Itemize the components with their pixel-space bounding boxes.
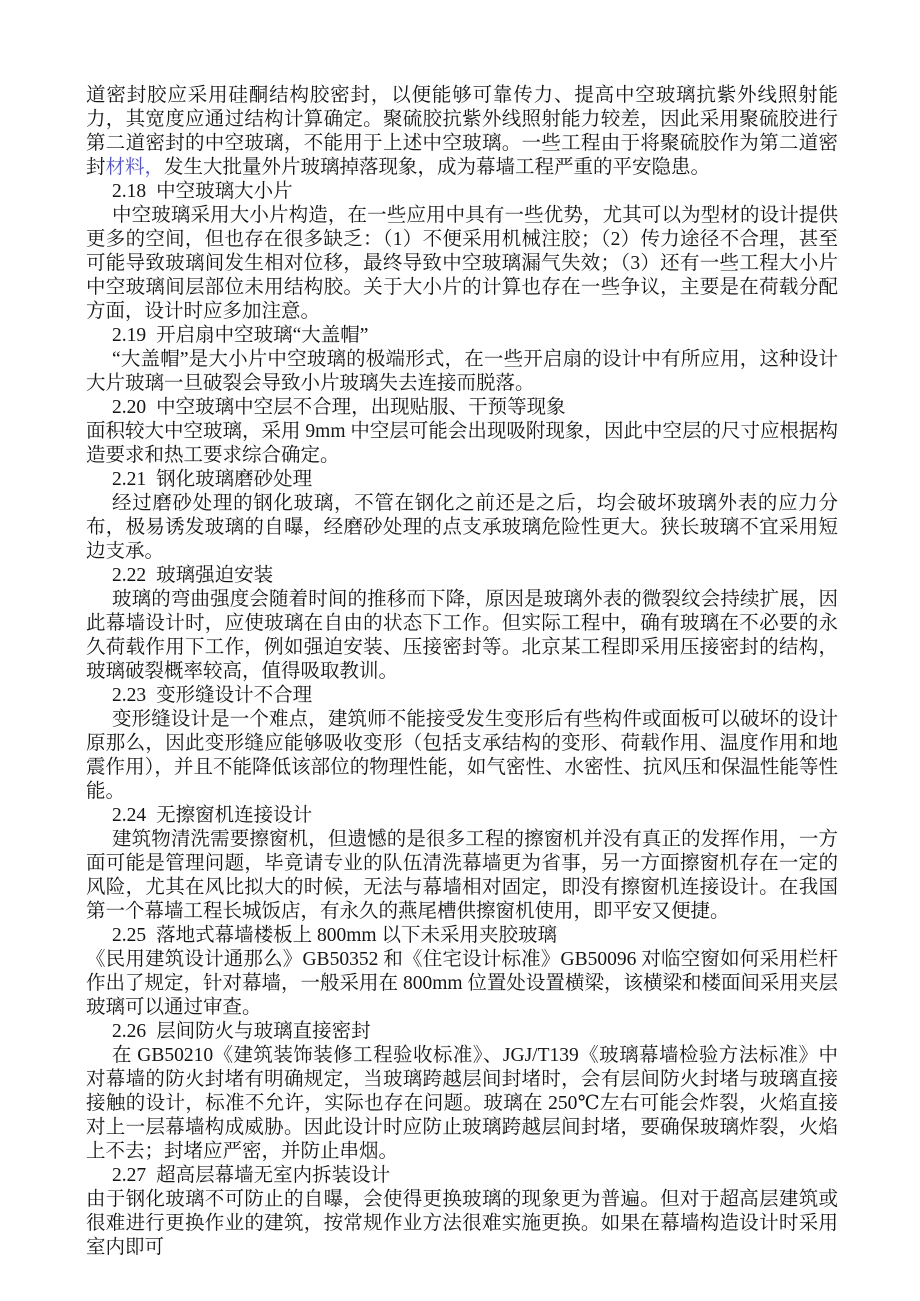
body-2-19: “大盖帽”是大小片中空玻璃的极端形式，在一些开启扇的设计中有所应用，这种设计大片… (86, 348, 838, 396)
body-2-22: 玻璃的弯曲强度会随着时间的推移而下降，原因是玻璃外表的微裂纹会持续扩展，因此幕墙… (86, 588, 838, 684)
section-title: 中空玻璃大小片 (156, 181, 293, 202)
section-title: 中空玻璃中空层不合理，出现贴服、干预等现象 (156, 397, 566, 418)
heading-2-26: 2.26层间防火与玻璃直接密封 (86, 1020, 838, 1044)
body-2-20: 面积较大中空玻璃，采用 9mm 中空层可能会出现吸附现象，因此中空层的尺寸应根据… (86, 420, 838, 468)
section-title: 落地式幕墙楼板上 800mm 以下未采用夹胶玻璃 (156, 925, 557, 946)
section-title: 无擦窗机连接设计 (156, 805, 312, 826)
section-title: 开启扇中空玻璃“大盖帽” (156, 325, 368, 346)
section-number: 2.26 (112, 1021, 146, 1042)
section-number: 2.20 (112, 397, 146, 418)
body-2-24: 建筑物清洗需要擦窗机，但遗憾的是很多工程的擦窗机并没有真正的发挥作用，一方面可能… (86, 828, 838, 924)
intro-text-after-link: 发生大批量外片玻璃掉落现象，成为幕墙工程严重的平安隐患。 (164, 157, 710, 178)
heading-2-24: 2.24无擦窗机连接设计 (86, 804, 838, 828)
section-title: 超高层幕墙无室内拆装设计 (156, 1165, 390, 1186)
section-number: 2.24 (112, 805, 146, 826)
heading-2-22: 2.22玻璃强迫安装 (86, 564, 838, 588)
section-number: 2.22 (112, 565, 146, 586)
document-page: 道密封胶应采用硅酮结构胶密封，以便能够可靠传力、提高中空玻璃抗紫外线照射能力，其… (0, 0, 920, 1301)
section-number: 2.21 (112, 469, 146, 490)
body-2-23: 变形缝设计是一个难点，建筑师不能接受发生变形后有些构件或面板可以破坏的设计原那么… (86, 708, 838, 804)
section-number: 2.23 (112, 685, 146, 706)
heading-2-18: 2.18中空玻璃大小片 (86, 180, 838, 204)
body-2-26: 在 GB50210《建筑装饰装修工程验收标准》、JGJ/T139《玻璃幕墙检验方… (86, 1044, 838, 1164)
section-title: 玻璃强迫安装 (156, 565, 273, 586)
section-title: 变形缝设计不合理 (156, 685, 312, 706)
heading-2-19: 2.19开启扇中空玻璃“大盖帽” (86, 324, 838, 348)
section-number: 2.19 (112, 325, 146, 346)
section-number: 2.18 (112, 181, 146, 202)
body-2-18: 中空玻璃采用大小片构造，在一些应用中具有一些优势，尤其可以为型材的设计提供更多的… (86, 204, 838, 324)
body-2-25: 《民用建筑设计通那么》GB50352 和《住宅设计标准》GB50096 对临空窗… (86, 948, 838, 1020)
heading-2-25: 2.25落地式幕墙楼板上 800mm 以下未采用夹胶玻璃 (86, 924, 838, 948)
section-number: 2.27 (112, 1165, 146, 1186)
body-2-27: 由于钢化玻璃不可防止的自曝，会使得更换玻璃的现象更为普遍。但对于超高层建筑或很难… (86, 1188, 838, 1260)
section-title: 钢化玻璃磨砂处理 (156, 469, 312, 490)
section-number: 2.25 (112, 925, 146, 946)
heading-2-23: 2.23变形缝设计不合理 (86, 684, 838, 708)
heading-2-21: 2.21钢化玻璃磨砂处理 (86, 468, 838, 492)
intro-paragraph: 道密封胶应采用硅酮结构胶密封，以便能够可靠传力、提高中空玻璃抗紫外线照射能力，其… (86, 84, 838, 180)
heading-2-20: 2.20中空玻璃中空层不合理，出现贴服、干预等现象 (86, 396, 838, 420)
hyperlink-material[interactable]: 材料， (106, 157, 165, 178)
section-title: 层间防火与玻璃直接密封 (156, 1021, 371, 1042)
heading-2-27: 2.27超高层幕墙无室内拆装设计 (86, 1164, 838, 1188)
body-2-21: 经过磨砂处理的钢化玻璃，不管在钢化之前还是之后，均会破坏玻璃外表的应力分布，极易… (86, 492, 838, 564)
